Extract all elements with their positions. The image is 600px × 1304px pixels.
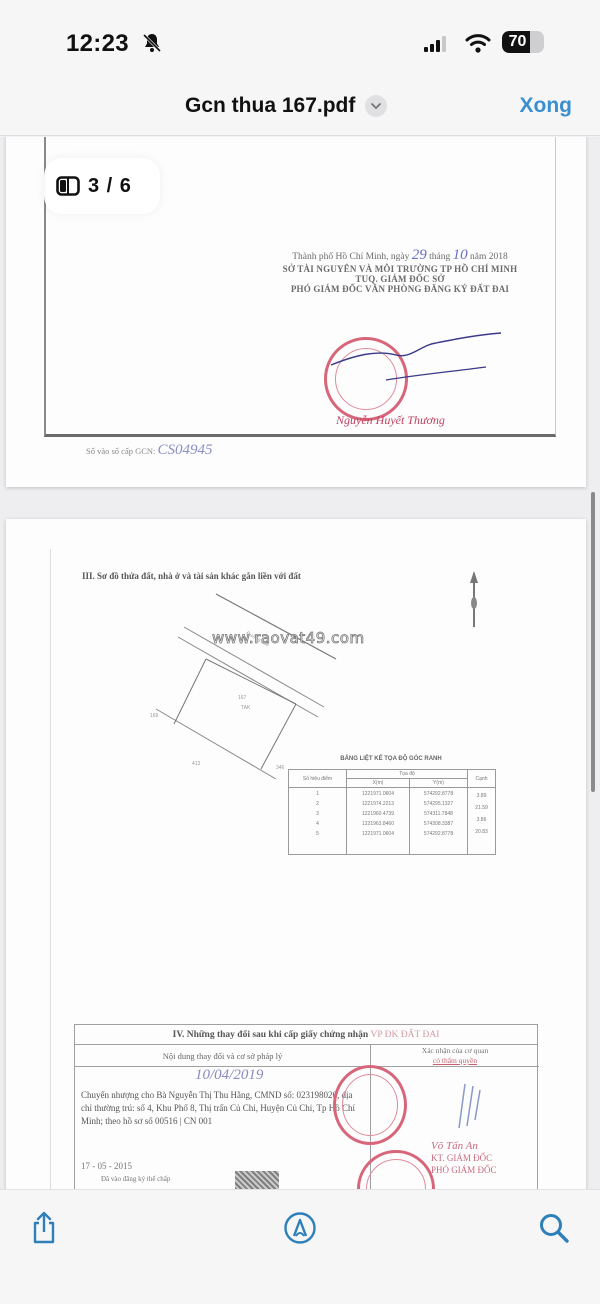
- coord-cell: 3.86: [469, 814, 494, 826]
- clock: 12:23: [66, 30, 129, 58]
- coord-col-x-values: 1221971.06041221974.22131221960.47391221…: [346, 788, 409, 841]
- coordinate-table-title: BẢNG LIỆT KÊ TỌA ĐỘ GÓC RANH: [286, 756, 496, 762]
- pdf-viewer[interactable]: Thành phố Hồ Chí Minh, ngày 29 tháng 10 …: [0, 137, 600, 1189]
- cellular-signal-icon: [424, 36, 450, 52]
- svg-text:169: 169: [150, 713, 159, 719]
- status-bar: 12:23 70: [0, 0, 600, 88]
- registered-label: Đã vào đăng ký thế chấp: [101, 1175, 170, 1183]
- svg-text:346: 346: [276, 765, 285, 771]
- svg-text:167: 167: [238, 695, 247, 701]
- deputy-line: PHÓ GIÁM ĐỐC VĂN PHÒNG ĐĂNG KÝ ĐẤT ĐAI: [240, 284, 560, 294]
- coord-cell: 20.83: [469, 826, 494, 838]
- coord-col-points: 12345: [289, 788, 347, 841]
- vertical-scrollbar[interactable]: [591, 492, 595, 792]
- land-plot-diagram: 167 TAK 169 413 346 Đường Đất: [146, 589, 366, 779]
- chevron-down-icon[interactable]: [365, 95, 387, 117]
- section-4-changes: IV. Những thay đổi sau khi cấp giấy chứn…: [74, 1024, 538, 1189]
- date-month-word: tháng: [429, 252, 450, 262]
- navigation-bar: Gcn thua 167.pdf Xong: [0, 88, 600, 136]
- document-title: Gcn thua 167.pdf: [185, 94, 355, 118]
- wifi-icon: [465, 32, 491, 54]
- coord-cell: 1221971.0604: [348, 829, 408, 839]
- confirm-header-line1: Xác nhận của cơ quan: [371, 1046, 539, 1056]
- section-4-title: IV. Những thay đổi sau khi cấp giấy chứn…: [75, 1025, 537, 1045]
- officer-title-1: KT. GIÁM ĐỐC: [431, 1152, 497, 1164]
- battery-indicator: 70: [502, 31, 544, 53]
- coordinate-table: Số hiệu điểm Tọa độ Cạnh X(m) Y(m) 12345…: [288, 769, 496, 855]
- share-button[interactable]: [26, 1210, 62, 1246]
- qr-code: [235, 1171, 279, 1189]
- changes-content-column: Nội dung thay đổi và cơ sở pháp lý 10/04…: [75, 1045, 371, 1189]
- sidebar-thumbnails-icon: [56, 176, 80, 196]
- coord-col-y-values: 574292.8778574295.1327574311.7848574308.…: [410, 788, 468, 841]
- signer-name: Nguyễn Huyết Thương: [336, 413, 445, 428]
- page-indicator-button[interactable]: 3 / 6: [44, 158, 160, 214]
- coord-cell: 1221960.4739: [348, 809, 408, 819]
- stamp-overlay-text: VP ĐK ĐẤT ĐAI: [371, 1030, 440, 1040]
- coord-cell: 574308.3387: [411, 819, 466, 829]
- coord-cell: 574292.8778: [411, 829, 466, 839]
- coord-cell: 5: [290, 829, 345, 839]
- issue-register-value: CS04945: [158, 442, 213, 458]
- officer-signature: Võ Tấn An KT. GIÁM ĐỐC PHÓ GIÁM ĐỐC: [431, 1140, 497, 1176]
- date-month: 10: [453, 247, 468, 263]
- signature-mark: [453, 1080, 483, 1130]
- date-line: Thành phố Hồ Chí Minh, ngày 29 tháng 10 …: [240, 247, 560, 264]
- markup-button[interactable]: [282, 1210, 318, 1246]
- search-icon: [538, 1212, 570, 1244]
- date-prefix: Thành phố Hồ Chí Minh, ngày: [292, 252, 409, 262]
- col-x: X(m): [346, 779, 409, 788]
- officer-title-2: PHÓ GIÁM ĐỐC: [431, 1164, 497, 1176]
- coord-cell: 1221974.2213: [348, 799, 408, 809]
- content-header: Nội dung thay đổi và cơ sở pháp lý: [75, 1045, 370, 1067]
- pdf-page-lower: III. Sơ đồ thửa đất, nhà ở và tài sản kh…: [6, 519, 586, 1189]
- coord-cell: 2: [290, 799, 345, 809]
- document-title-menu[interactable]: Gcn thua 167.pdf: [185, 94, 387, 118]
- signature-block: Thành phố Hồ Chí Minh, ngày 29 tháng 10 …: [240, 247, 560, 294]
- watermark-text: www.raovat49.com: [212, 629, 365, 647]
- col-point: Số hiệu điểm: [289, 770, 347, 788]
- issue-register-label: Số vào sổ cấp GCN:: [86, 446, 155, 456]
- section-3-title: III. Sơ đồ thửa đất, nhà ở và tài sản kh…: [82, 571, 301, 581]
- transfer-text: Chuyển nhượng cho Bà Nguyễn Thị Thu Hằng…: [81, 1089, 361, 1128]
- handwritten-date: 10/04/2019: [195, 1067, 263, 1084]
- battery-label: 70: [502, 31, 533, 53]
- coord-cell: 574292.8778: [411, 789, 466, 799]
- svg-text:TAK: TAK: [241, 705, 251, 711]
- coord-cell: 3: [290, 809, 345, 819]
- issue-register: Số vào sổ cấp GCN: CS04945: [86, 442, 213, 459]
- bottom-toolbar: [0, 1189, 600, 1304]
- markup-pen-icon: [283, 1211, 317, 1245]
- date-day: 29: [412, 247, 427, 263]
- coord-cell: 1: [290, 789, 345, 799]
- search-button[interactable]: [536, 1210, 572, 1246]
- col-coords: Tọa độ: [346, 770, 467, 779]
- coord-cell: 4: [290, 819, 345, 829]
- coord-cell: 1221971.0604: [348, 789, 408, 799]
- official-stamp-2: [333, 1065, 407, 1145]
- confirm-header-line2: có thẩm quyền: [371, 1056, 539, 1066]
- authority-name: SỞ TÀI NGUYÊN VÀ MÔI TRƯỜNG TP HỒ CHÍ MI…: [240, 264, 560, 274]
- bell-slash-icon: [142, 32, 162, 54]
- north-arrow-icon: [464, 569, 484, 629]
- record-code: 17 - 05 - 2015: [81, 1161, 132, 1171]
- col-edge: Cạnh: [468, 770, 496, 788]
- date-year: năm 2018: [470, 252, 508, 262]
- col-y: Y(m): [410, 779, 468, 788]
- svg-text:413: 413: [192, 761, 201, 767]
- confirm-header: Xác nhận của cơ quan có thẩm quyền: [371, 1045, 539, 1067]
- tuq-line: TUQ. GIÁM ĐỐC SỞ: [240, 274, 560, 284]
- share-icon: [30, 1211, 58, 1245]
- coord-cell: 1221963.8460: [348, 819, 408, 829]
- coord-cell: 3.89: [469, 790, 494, 802]
- coord-cell: 574311.7848: [411, 809, 466, 819]
- officer-name: Võ Tấn An: [431, 1140, 497, 1152]
- section-4-title-text: IV. Những thay đổi sau khi cấp giấy chứn…: [173, 1030, 369, 1040]
- page-indicator-label: 3 / 6: [88, 175, 132, 198]
- coord-cell: 574295.1327: [411, 799, 466, 809]
- coord-col-edges: 3.8921.593.8620.83: [468, 788, 496, 841]
- coord-cell: 21.59: [469, 802, 494, 814]
- done-button[interactable]: Xong: [520, 94, 573, 118]
- signature-stroke: [326, 325, 526, 385]
